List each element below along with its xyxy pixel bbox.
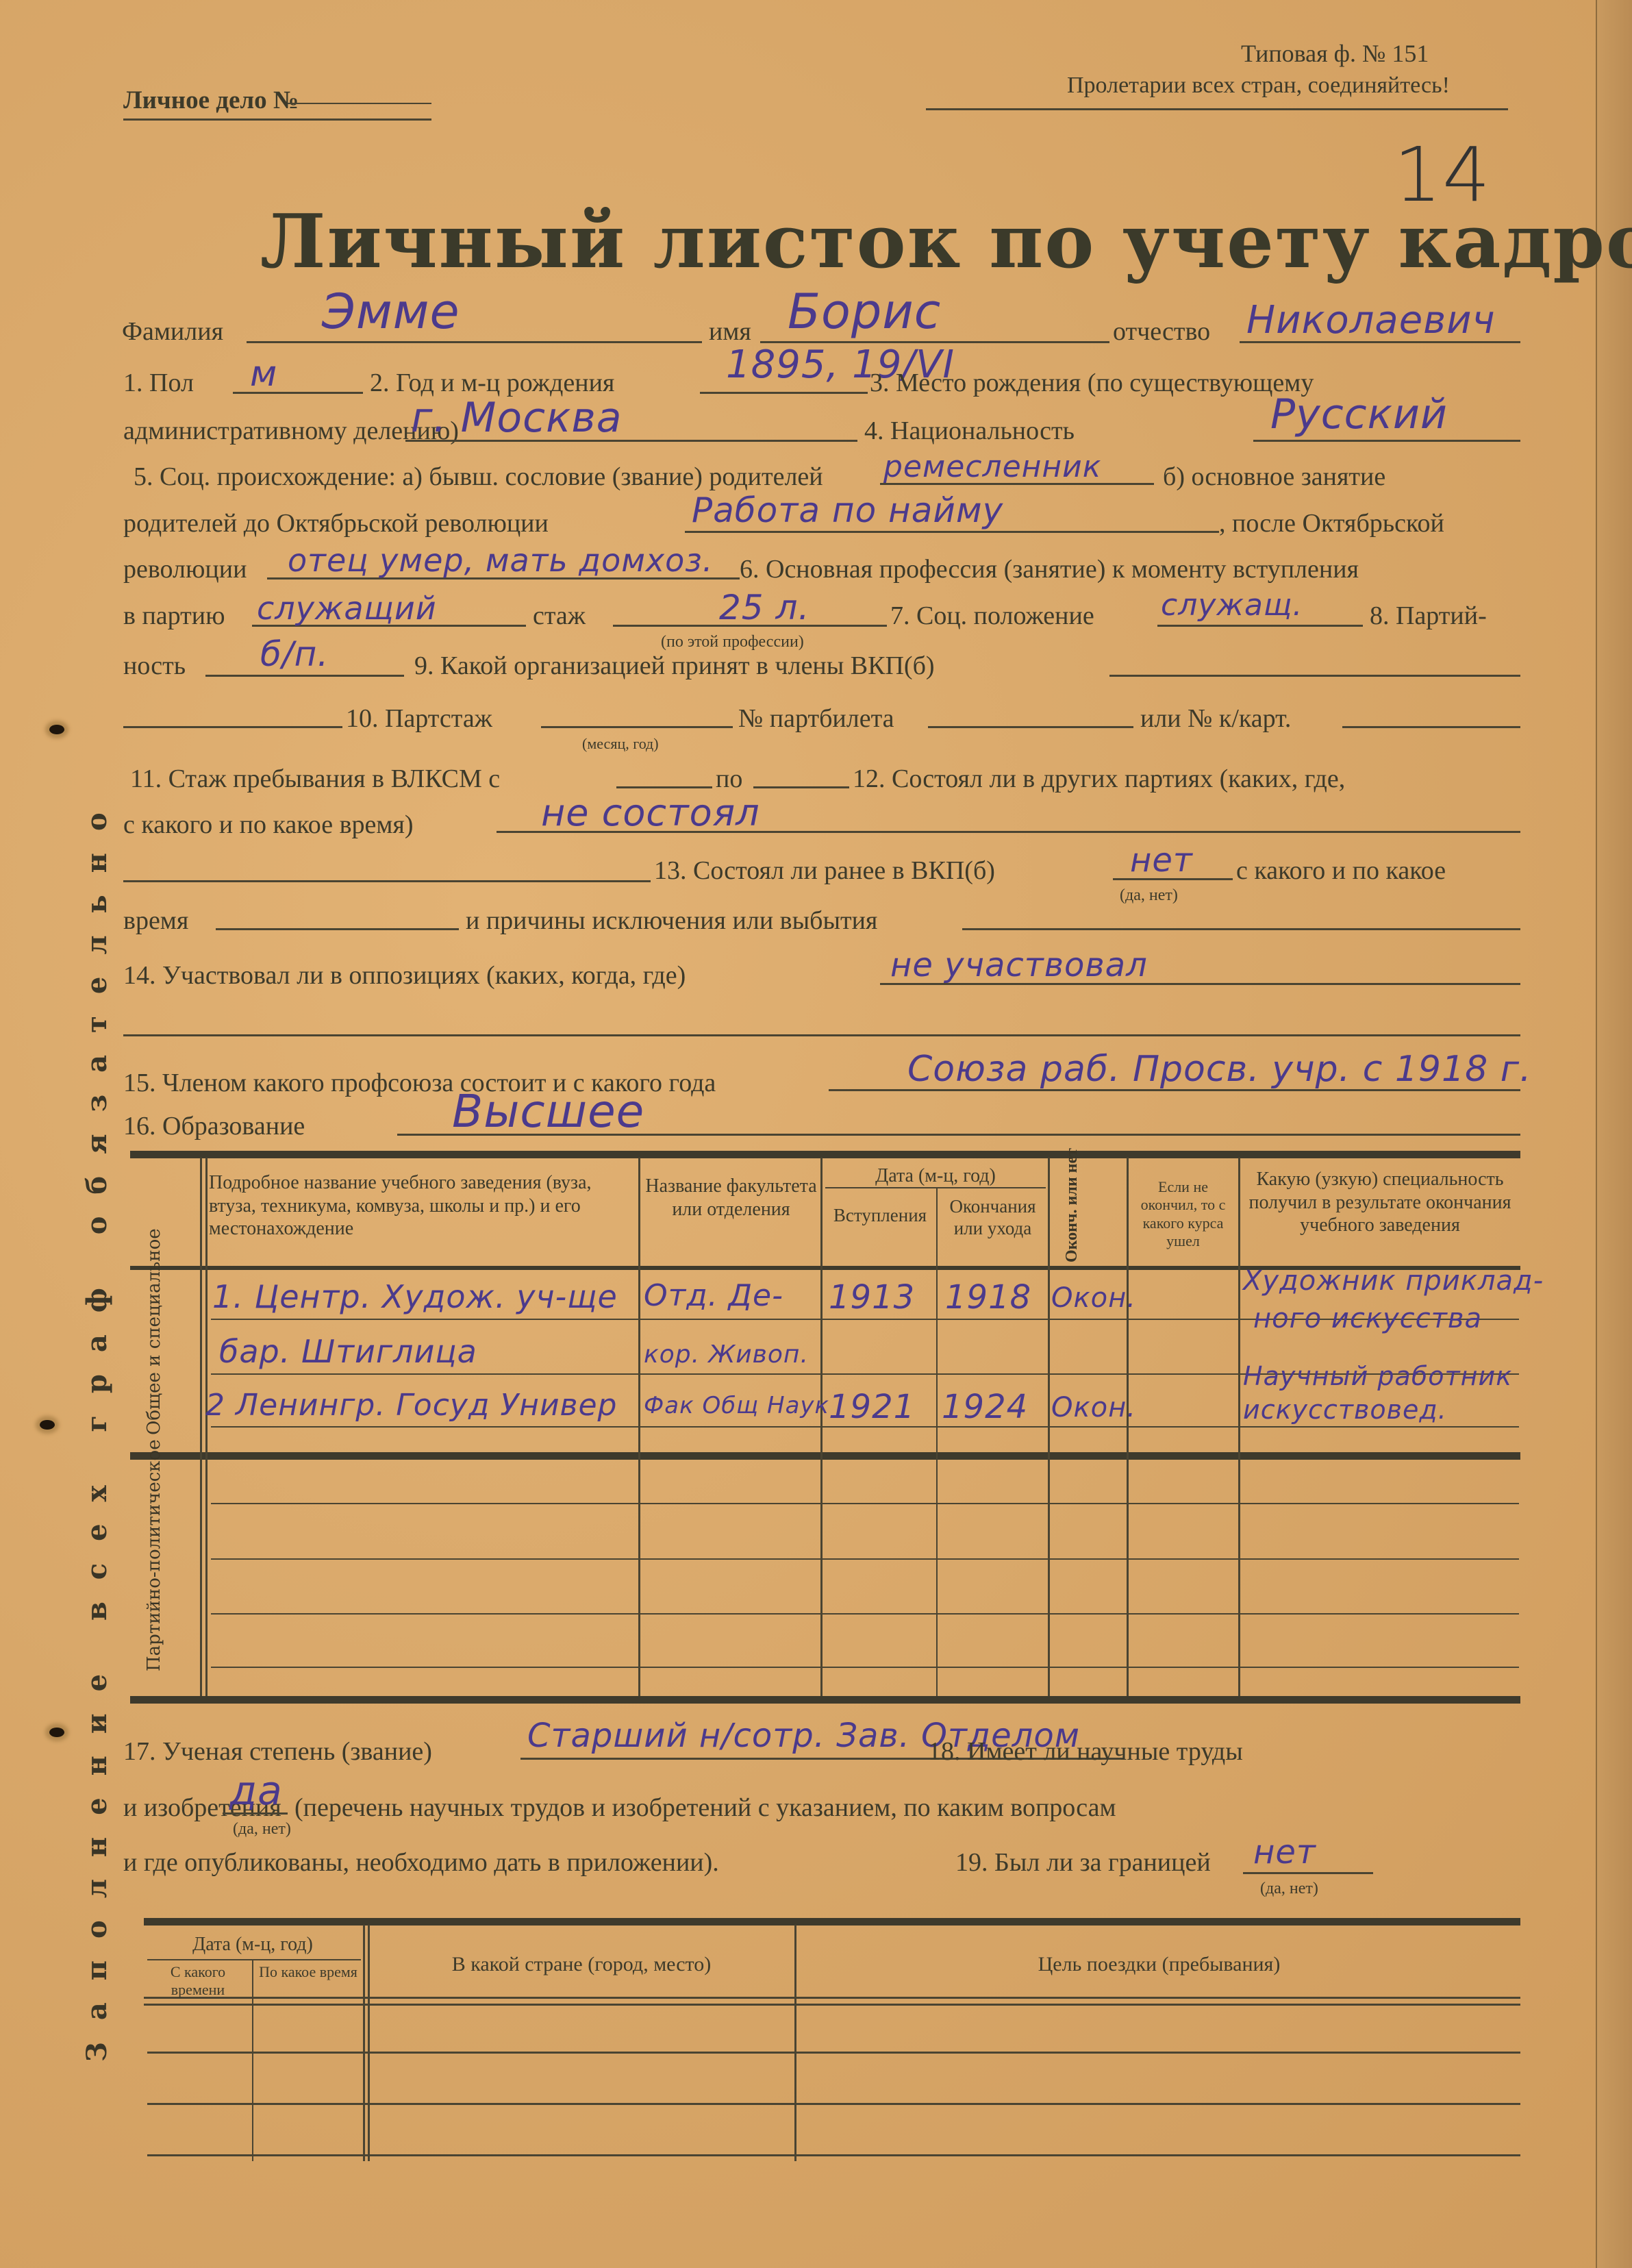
punch-hole <box>49 1728 64 1737</box>
accepted-by-field[interactable] <box>1109 675 1520 677</box>
table-border <box>130 1452 1520 1460</box>
parents-occupation-after-value[interactable]: отец умер, мать домхоз. <box>288 545 713 576</box>
exclusion-reason-label: и причины исключения или выбытия <box>466 908 877 934</box>
abroad-header-date: Дата (м-ц, год) <box>144 1933 362 1956</box>
abroad-row[interactable] <box>147 2052 1520 2054</box>
first-name-label: имя <box>709 319 751 345</box>
party-tenure-field[interactable] <box>541 726 733 728</box>
table-border <box>144 1997 1520 1999</box>
party-membership-label: 8. Партий- <box>1370 603 1487 629</box>
after-revolution-label: , после Октябрьской <box>1219 510 1444 536</box>
column-divider <box>363 1925 365 2161</box>
row2-faculty[interactable]: кор. Живоп. <box>644 1343 809 1367</box>
party-tenure-label: 10. Партстаж <box>346 706 492 732</box>
abroad-hint: (да, нет) <box>1260 1880 1318 1897</box>
table-border <box>130 1151 1520 1158</box>
inventions-note: (перечень научных трудов и изобретений с… <box>294 1795 1116 1821</box>
row3-finished[interactable]: Окон. <box>1051 1394 1136 1421</box>
komsomol-to-field[interactable] <box>753 786 849 788</box>
row1-end[interactable]: 1918 <box>945 1281 1031 1314</box>
candidate-card-label: или № к/карт. <box>1140 706 1291 732</box>
column-divider <box>205 1158 208 1696</box>
form-number: Типовая ф. № 151 <box>1241 41 1429 66</box>
case-number-label: Личное дело № <box>123 88 299 113</box>
scientific-works-label: 18. Имеет ли научные труды <box>928 1739 1243 1765</box>
other-parties-label: 12. Состоял ли в других партиях (каких, … <box>853 766 1345 792</box>
underline <box>123 726 342 728</box>
revolution-label: революции <box>123 556 247 582</box>
party-card-field[interactable] <box>928 726 1133 728</box>
before-revolution-label: родителей до Октябрьской революции <box>123 510 549 536</box>
row-line <box>211 1503 1519 1504</box>
previous-vkpb-hint: (да, нет) <box>1120 887 1178 904</box>
column-divider <box>936 1188 938 1696</box>
header-start: Вступления <box>825 1204 935 1226</box>
underline <box>123 880 651 882</box>
header-finished: Оконч. или нет <box>1063 1167 1081 1262</box>
underline <box>1253 440 1520 442</box>
social-origin-label: 5. Соц. происхождение: а) бывш. сословие… <box>134 464 823 490</box>
divider <box>123 119 431 121</box>
sex-label: 1. Пол <box>123 370 194 396</box>
time-label: время <box>123 908 188 934</box>
first-name-value[interactable]: Борис <box>788 288 941 336</box>
table-border <box>144 2004 1520 2006</box>
table-border <box>144 1918 1520 1926</box>
row1-start[interactable]: 1913 <box>829 1281 915 1314</box>
row3-start[interactable]: 1921 <box>829 1391 915 1423</box>
social-status-label: 7. Соц. положение <box>890 603 1094 629</box>
row2-institution[interactable]: бар. Штиглица <box>219 1336 477 1367</box>
row-line <box>211 1613 1519 1615</box>
underline <box>247 341 702 343</box>
candidate-card-field[interactable] <box>1342 726 1520 728</box>
row3-specialty[interactable]: Научный работник искусствовед. <box>1243 1360 1531 1428</box>
nationality-value[interactable]: Русский <box>1270 394 1448 435</box>
underline <box>123 1034 1520 1036</box>
punch-hole <box>40 1420 55 1430</box>
komsomol-from-field[interactable] <box>616 786 712 788</box>
accepted-by-label: 9. Какой организацией принят в члены ВКП… <box>414 653 935 679</box>
header-left-course: Если не окончил, то с какого курса ушел <box>1130 1178 1236 1251</box>
komsomol-label: 11. Стаж пребывания в ВЛКСМ с <box>130 766 500 792</box>
row3-institution[interactable]: 2 Ленингр. Госуд Универ <box>205 1391 617 1421</box>
underline <box>685 531 1219 533</box>
abroad-header-country: В какой стране (город, место) <box>370 1952 793 1977</box>
party-membership-value[interactable]: б/п. <box>260 637 329 671</box>
row1-specialty[interactable]: Художник приклад- <box>1243 1267 1544 1295</box>
publications-note: и где опубликованы, необходимо дать в пр… <box>123 1849 719 1876</box>
other-parties-value[interactable]: не состоял <box>541 795 760 832</box>
profession-label: 6. Основная профессия (занятие) к момент… <box>740 556 1359 582</box>
column-divider <box>200 1158 202 1696</box>
underline <box>700 392 868 394</box>
previous-vkpb-value[interactable]: нет <box>1130 844 1193 877</box>
exclusion-reason-field[interactable] <box>962 928 1520 930</box>
abroad-header-purpose: Цель поездки (пребывания) <box>798 1952 1520 1977</box>
parents-occupation-before-value[interactable]: Работа по найму <box>692 493 1003 527</box>
table-border <box>130 1696 1520 1704</box>
parents-occupation-label: б) основное занятие <box>1163 464 1385 490</box>
row-line <box>211 1667 1519 1668</box>
patronymic-value[interactable]: Николаевич <box>1246 301 1496 340</box>
punch-hole <box>49 725 64 734</box>
previous-vkpb-period-label: с какого и по какое <box>1236 858 1446 884</box>
inventions-hint: (да, нет) <box>233 1821 291 1837</box>
row-line <box>211 1558 1519 1560</box>
row3-end[interactable]: 1924 <box>942 1391 1028 1423</box>
header-institution: Подробное название учебного заведения (в… <box>209 1171 637 1241</box>
patronymic-label: отчество <box>1113 319 1210 345</box>
underline <box>1157 625 1363 627</box>
abroad-value[interactable]: нет <box>1253 1836 1316 1869</box>
party-entry-label: в партию <box>123 603 225 629</box>
header-date: Дата (м-ц, год) <box>825 1164 1046 1188</box>
page-title: Личный листок по учету кадров <box>260 199 1632 285</box>
experience-label: стаж <box>533 603 586 629</box>
case-number-field[interactable] <box>288 103 431 104</box>
parents-estate-value[interactable]: ремесленник <box>883 452 1101 482</box>
sex-value[interactable]: м <box>250 356 277 392</box>
divider <box>926 108 1508 110</box>
opposition-value[interactable]: не участвовал <box>890 949 1148 982</box>
header-end: Окончания или ухода <box>940 1195 1046 1240</box>
row1-institution[interactable]: 1. Центр. Худож. уч-ще <box>212 1281 618 1312</box>
education-value[interactable]: Высшее <box>452 1089 644 1134</box>
komsomol-to-label: по <box>716 766 742 792</box>
abroad-header-to: По какое время <box>255 1963 362 1981</box>
birth-date-label: 2. Год и м-ц рождения <box>370 370 614 396</box>
opposition-label: 14. Участвовал ли в оппозициях (каких, к… <box>123 962 686 988</box>
inventions-value[interactable]: да <box>229 1771 283 1810</box>
other-parties-label-cont: с какого и по какое время) <box>123 812 414 838</box>
time-field[interactable] <box>216 928 459 930</box>
header-specialty: Какую (узкую) специальность получил в ре… <box>1243 1168 1517 1237</box>
education-label: 16. Образование <box>123 1113 305 1139</box>
abroad-row[interactable] <box>147 2154 1520 2156</box>
row1-faculty[interactable]: Отд. Де- <box>644 1281 783 1311</box>
previous-vkpb-label: 13. Состоял ли ранее в ВКП(б) <box>654 858 995 884</box>
date-group-divider <box>147 1959 361 1960</box>
underline <box>205 675 404 677</box>
section-general: Общее и специальное <box>144 1284 164 1435</box>
underline <box>1243 1872 1373 1874</box>
abroad-label: 19. Был ли за границей <box>955 1849 1211 1876</box>
row2-specialty[interactable]: ного искусства <box>1253 1305 1482 1332</box>
row1-finished[interactable]: Окон. <box>1051 1284 1136 1312</box>
row3-faculty[interactable]: Фак Общ Наук <box>644 1394 829 1417</box>
party-membership-label-cont: ность <box>123 653 186 679</box>
slogan: Пролетарии всех стран, соединяйтесь! <box>1067 74 1450 97</box>
surname-label: Фамилия <box>122 319 223 345</box>
column-divider <box>794 1925 796 2161</box>
degree-label: 17. Ученая степень (звание) <box>123 1739 432 1765</box>
abroad-header-from: С какого времени <box>145 1963 251 1999</box>
union-value[interactable]: Союза раб. Просв. учр. с 1918 г. <box>907 1051 1532 1087</box>
nationality-label: 4. Национальность <box>864 418 1075 444</box>
abroad-row[interactable] <box>147 2103 1520 2105</box>
experience-hint: (по этой профессии) <box>661 634 804 650</box>
party-card-label: № партбилета <box>738 706 894 732</box>
experience-value[interactable]: 25 л. <box>719 590 809 625</box>
column-divider <box>252 1959 253 2161</box>
side-instruction: Заполнение всех граф обязательно <box>81 790 113 2062</box>
header-faculty: Название факультета или отделения <box>644 1175 818 1221</box>
birthplace-value[interactable]: г. Москва <box>411 397 623 438</box>
surname-value[interactable]: Эмме <box>322 288 460 336</box>
profession-value[interactable]: служащий <box>257 593 437 624</box>
section-party: Партийно-политическое <box>144 1466 164 1671</box>
party-tenure-hint: (месяц, год) <box>582 736 659 751</box>
social-status-value[interactable]: служащ. <box>1161 590 1303 621</box>
page-edge <box>1596 0 1632 2268</box>
birthplace-label: 3. Место рождения (по существующему <box>870 370 1314 396</box>
